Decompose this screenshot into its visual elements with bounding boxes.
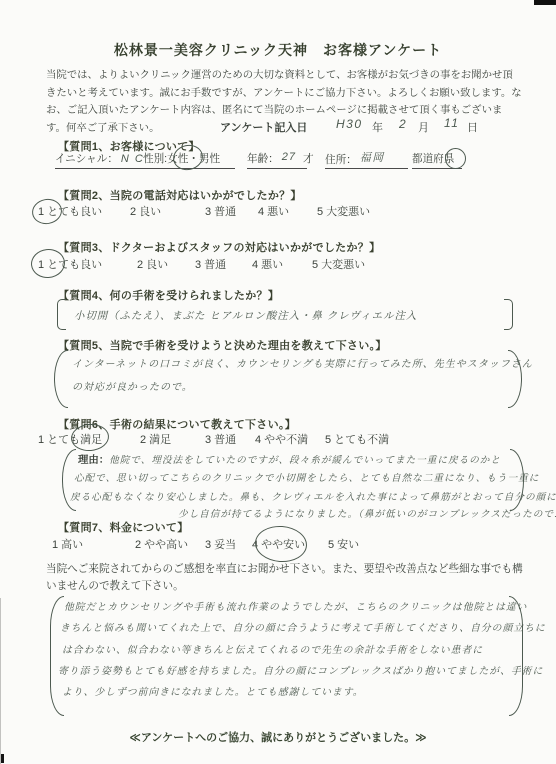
q6-reason-line-1: 理由：他院で、埋没法をしていたのですが、段々糸が緩んでいってまた一重に戻るのかと	[78, 451, 501, 466]
option-label: 1 とても良い	[38, 206, 102, 218]
date-year-suffix: 年	[372, 119, 383, 135]
q6-reason-line-4: 少し自信が持てるようになりました。（鼻が低いのがコンプレックスだったので…）	[178, 506, 556, 520]
q3-option-2: 2 良い	[137, 256, 168, 272]
q1-age-field: 年齢： 27 才	[247, 151, 307, 169]
q2-option-5: 5 大変悪い	[317, 203, 370, 219]
q3-option-4: 4 悪い	[252, 256, 283, 272]
date-era-year-value: H30	[336, 117, 363, 131]
q1-initial-value: N C	[121, 153, 144, 165]
q7-options-row: 1 高い 2 やや高い 3 妥当 4 やや安い 5 安い	[0, 536, 556, 552]
q6-option-3: 3 普通	[205, 431, 236, 447]
q1-age-suffix: 才	[303, 153, 314, 165]
q1-age-label: 年齢：	[247, 153, 279, 165]
thanks-line: ≪アンケートへのご協力、誠にありがとうございました。≫	[0, 729, 556, 745]
q6-option-2: 2 満足	[140, 431, 171, 447]
q1-age-value: 27	[282, 151, 296, 163]
survey-date-line: アンケート記入日 H30 年 2 月 11 日	[0, 119, 556, 137]
option-label: 1 とても良い	[38, 259, 102, 271]
q6-option-4: 4 やや不満	[255, 431, 308, 447]
q4-header: 【質問4、何の手術を受けられましたか？】	[58, 287, 279, 303]
feedback-line-1: 他院だとカウンセリングや手術も流れ作業のようでしたが、こちらのクリニックは他院と…	[64, 599, 527, 613]
date-day-value: 11	[444, 116, 459, 130]
feedback-line-3: は合わない、似合わない等きちんと伝えてくれるので先生の余計な手術をしない患者に	[62, 642, 483, 656]
q5-answer-paren-left	[54, 350, 68, 408]
q2-option-1: 1 とても良い	[38, 203, 102, 219]
q3-options-row: 1 とても良い 2 良い 3 普通 4 悪い 5 大変悪い	[0, 256, 556, 272]
q1-address-field: 住所： 福岡	[325, 151, 408, 169]
survey-scan-page: 松林景一美容クリニック天神 お客様アンケート 当院では、よりよいクリニック運営の…	[0, 0, 556, 764]
q1-gender-label: 性別:女性・男性	[143, 153, 220, 165]
q6-option-5: 5 とても不満	[325, 431, 389, 447]
q1-initial-label: イニシャル：	[55, 153, 118, 165]
q3-option-3: 3 普通	[195, 256, 226, 272]
q7-option-5: 5 安い	[328, 536, 359, 552]
q7-option-2: 2 やや高い	[135, 536, 188, 552]
q7-option-3: 3 妥当	[205, 536, 236, 552]
feedback-prompt: 当院へご来院されてからのご感想を率直にお聞かせ下さい。また、要望や改善点など些細…	[46, 561, 524, 596]
date-label: アンケート記入日	[220, 119, 307, 135]
feedback-line-5: より、少しずつ前向きになれました。とても感謝しています。	[62, 684, 364, 698]
q2-option-4: 4 悪い	[258, 203, 289, 219]
feedback-line-2: きちんと悩みも聞いてくれた上で、自分の顔に合うように考えて手術してくださり、自分…	[60, 620, 546, 634]
feedback-paren-left	[50, 596, 64, 716]
page-title: 松林景一美容クリニック天神 お客様アンケート	[0, 40, 556, 60]
q3-option-1: 1 とても良い	[38, 256, 102, 272]
feedback-paren-right	[509, 596, 523, 716]
q5-answer-line-2: の対応が良かったので。	[72, 378, 193, 393]
q4-answer-bracket-right	[504, 299, 513, 330]
q6-options-row: 1 とても満足 2 満足 3 普通 4 やや不満 5 とても不満	[0, 431, 556, 447]
q3-option-5: 5 大変悪い	[312, 256, 365, 272]
q1-gender-field: 性別:女性・男性	[143, 151, 235, 169]
q6-option-1: 1 とても満足	[38, 431, 102, 447]
q7-header: 【質問7、料金について】	[58, 519, 189, 535]
q6-reason-line-2: 心配で、思い切ってこちらのクリニックで小切開をしたら、とても自然な二重になり、も…	[74, 470, 539, 484]
q5-header: 【質問5、当院で手術を受けようと決めた理由を教えて下さい。】	[58, 337, 387, 353]
q1-prefecture-label: 都道府県	[412, 153, 454, 165]
q6-reason-label: 理由：	[78, 455, 109, 466]
q7-option-1: 1 高い	[52, 536, 83, 552]
q1-fields-row: イニシャル： N C 性別:女性・男性 年齢： 27 才 住所： 福岡 都道府県	[0, 151, 556, 175]
option-label: 1 とても満足	[38, 434, 102, 446]
date-month-value: 2	[399, 117, 407, 131]
q4-answer-bracket-left	[57, 299, 66, 330]
q6-header: 【質問6、手術の結果について教えて下さい。】	[58, 416, 296, 432]
option-label: 4 やや安い	[252, 539, 305, 551]
q6-reason-text-1: 他院で、埋没法をしていたのですが、段々糸が緩んでいってまた一重に戻るのかと	[109, 455, 501, 466]
q6-reason-line-3: 戻る心配もなくなり安心しました。鼻も、クレヴィエルを入れた事によって鼻筋がとおっ…	[70, 489, 556, 503]
q3-header: 【質問3、ドクターおよびスタッフの対応はいかがでしたか？】	[58, 239, 380, 255]
scan-artifact-top-right	[534, 0, 556, 5]
date-day-suffix: 日	[467, 119, 478, 135]
date-month-suffix: 月	[418, 119, 429, 135]
q1-address-label: 住所：	[325, 154, 357, 166]
q7-option-4: 4 やや安い	[252, 536, 305, 552]
q2-options-row: 1 とても良い 2 良い 3 普通 4 悪い 5 大変悪い	[0, 203, 556, 219]
q4-answer-handwriting: 小切開（ふたえ）、まぶた ヒアルロン酸注入・鼻 クレヴィエル注入	[74, 307, 417, 322]
feedback-line-4: 寄り添う姿勢もとても好感を持ちました。自分の顔にコンプレックスばかり抱いてました…	[58, 663, 543, 677]
q2-header: 【質問2、当院の電話対応はいかがでしたか？】	[58, 187, 302, 203]
q1-prefecture-field: 都道府県	[412, 151, 462, 169]
q2-option-3: 3 普通	[205, 203, 236, 219]
q2-option-2: 2 良い	[130, 203, 161, 219]
q1-address-value: 福岡	[360, 152, 385, 164]
q5-answer-line-1: インターネットの口コミが良く、カウンセリングも実際に行ってみた所、先生やスタッフ…	[72, 355, 533, 370]
